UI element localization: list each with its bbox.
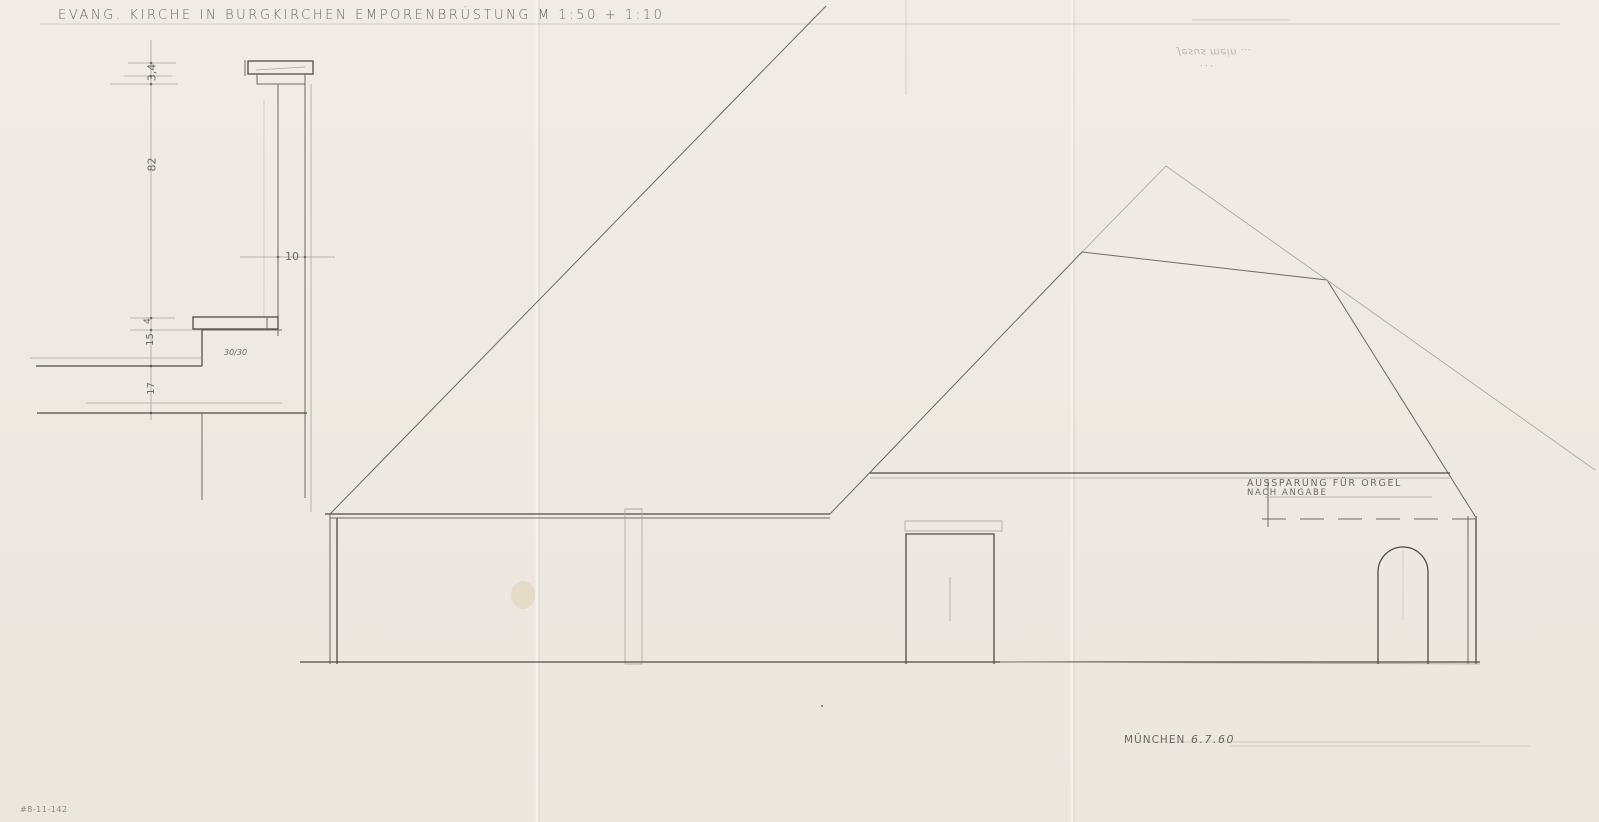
dimension-balustrade-height: 82 (146, 158, 159, 172)
faint-pencil-note: Jesus mein ... (1178, 46, 1252, 57)
drawing-sheet: EVANG. KIRCHE IN BURGKIRCHEN EMPORENBRÜS… (0, 0, 1599, 822)
beam-size-label: 30/30 (224, 348, 247, 357)
faint-pencil-note-2: ... (1200, 62, 1216, 73)
balustrade-section-detail (30, 40, 335, 512)
paper-stain (511, 581, 535, 609)
dimension-top-board: 3,4 (145, 64, 158, 82)
date-label: 6.7.60 (1191, 733, 1235, 746)
church-elevation (300, 6, 1595, 746)
dimension-wall-thickness: 10 (285, 250, 299, 263)
dimension-lower-height: 17 (146, 382, 157, 395)
organ-recess-note-sub: NACH ANGABE (1247, 488, 1327, 498)
place-label: MÜNCHEN (1124, 734, 1185, 746)
dimension-floor-board: 4 (143, 318, 153, 324)
paper-folds (537, 0, 1290, 822)
dimension-beam-depth: 15 (145, 333, 156, 346)
archive-number: #8-11-142 (20, 805, 68, 814)
drawing-title: EVANG. KIRCHE IN BURGKIRCHEN EMPORENBRÜS… (58, 8, 665, 23)
architectural-drawing (0, 0, 1599, 822)
